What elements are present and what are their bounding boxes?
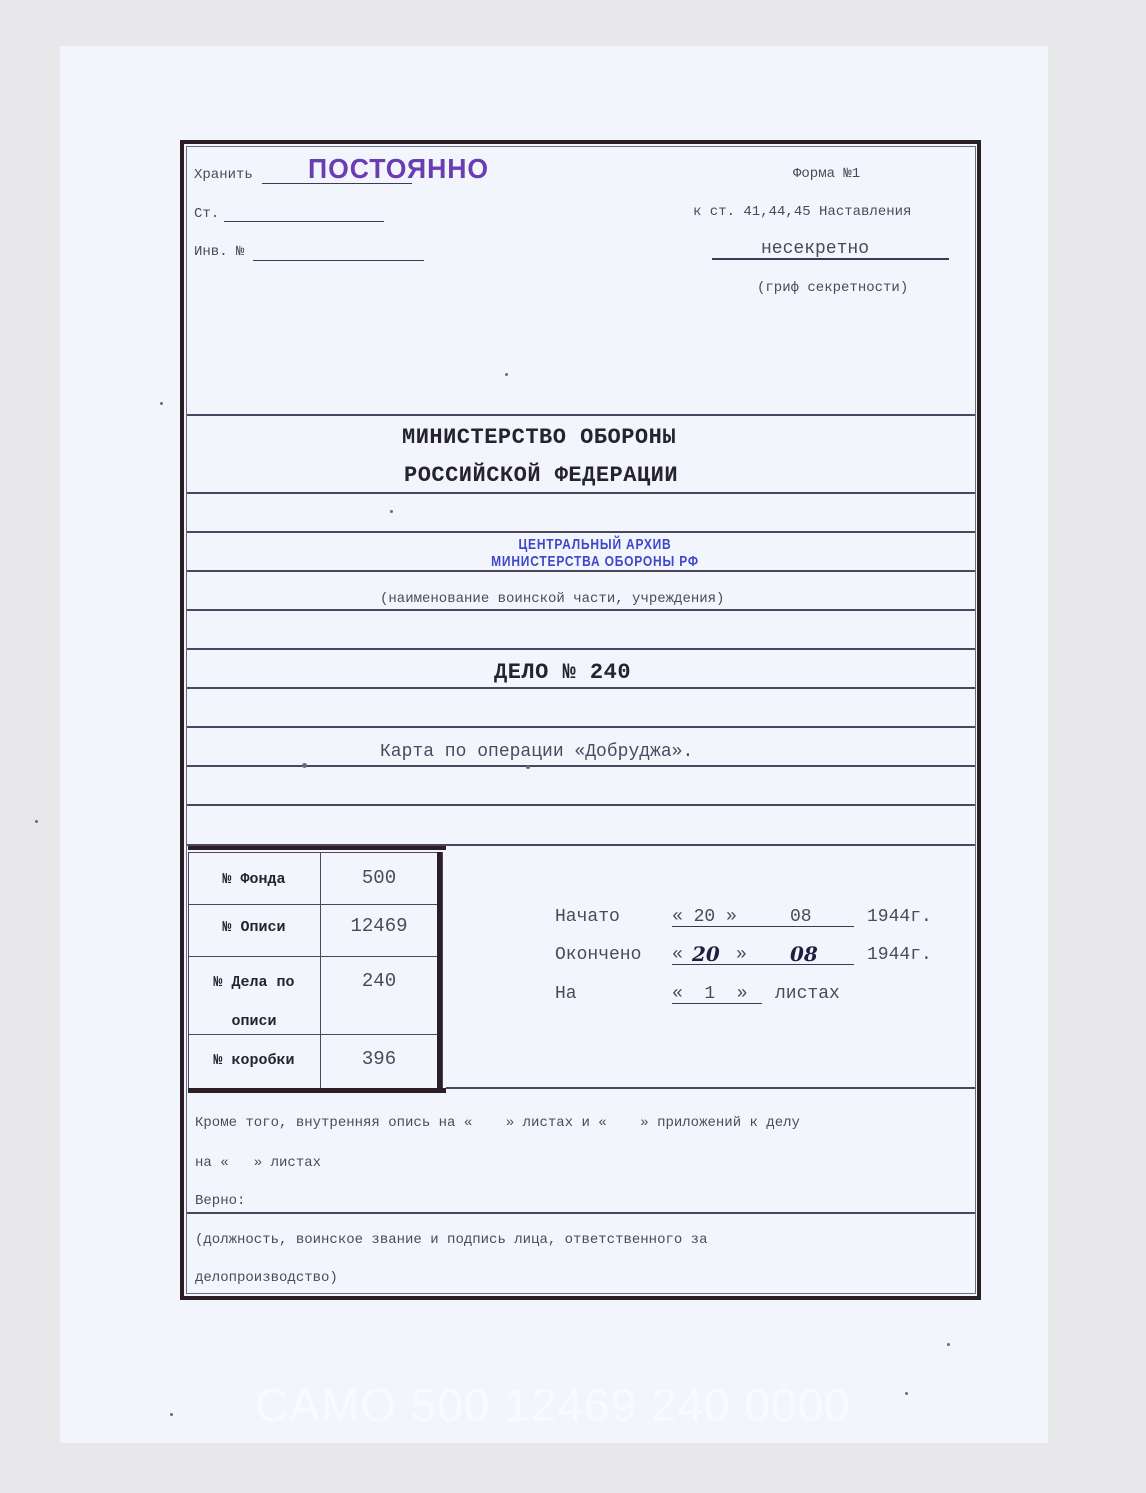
rule-line xyxy=(187,570,975,572)
secrecy-underline xyxy=(712,258,949,260)
table-row-divider xyxy=(189,956,442,957)
st-label: Ст. xyxy=(194,206,219,222)
started-underline xyxy=(672,926,854,927)
sheets-value: « 1 » xyxy=(672,984,748,1004)
case-number-value: 240 xyxy=(320,970,438,992)
ministry-line-1: МИНИСТЕРСТВО ОБОРОНЫ xyxy=(402,425,676,450)
ended-day-handwritten: 20 xyxy=(692,942,720,966)
archive-stamp-line-2: МИНИСТЕРСТВА ОБОРОНЫ РФ xyxy=(471,553,719,570)
box-label: № коробки xyxy=(189,1052,319,1069)
rule-line xyxy=(187,414,975,416)
scan-speck xyxy=(947,1343,950,1346)
archive-watermark: CAMO 500 12469 240 0000 xyxy=(255,1378,851,1432)
rule-line xyxy=(187,687,975,689)
form-number: Форма №1 xyxy=(793,166,860,182)
scan-speck xyxy=(170,1413,173,1416)
case-description: Карта по операции «Добруджа». xyxy=(380,742,693,762)
rule-line xyxy=(187,726,975,728)
keep-stamp: ПОСТОЯННО xyxy=(308,153,489,185)
scan-speck xyxy=(505,373,508,376)
archive-stamp: ЦЕНТРАЛЬНЫЙ АРХИВ МИНИСТЕРСТВА ОБОРОНЫ Р… xyxy=(471,536,719,570)
inv-underline xyxy=(253,260,424,261)
scan-speck xyxy=(390,510,393,513)
scan-speck xyxy=(526,765,530,769)
rule-line xyxy=(446,1087,975,1089)
table-right-border xyxy=(437,852,442,1092)
secrecy-value: несекретно xyxy=(761,239,869,259)
internal-inventory-text: Кроме того, внутренняя опись на « » лист… xyxy=(195,1115,800,1131)
ministry-line-2: РОССИЙСКОЙ ФЕДЕРАЦИИ xyxy=(404,463,678,488)
internal-inventory-text-2: на « » листах xyxy=(195,1155,321,1171)
box-value: 396 xyxy=(320,1048,438,1070)
ended-open-quote: « xyxy=(672,945,683,965)
keep-label: Хранить xyxy=(194,167,253,183)
ended-year: 1944г. xyxy=(867,945,932,965)
sheets-label: На xyxy=(555,984,577,1004)
scan-speck xyxy=(35,820,38,823)
signature-caption: (должность, воинское звание и подпись ли… xyxy=(195,1232,707,1248)
inv-label: Инв. № xyxy=(194,244,244,260)
sheets-suffix: листах xyxy=(775,984,840,1004)
table-bottom-border xyxy=(188,1088,446,1093)
case-number-label: № Дела по xyxy=(189,974,319,991)
table-row-divider xyxy=(189,904,442,905)
registry-table: № Фонда 500 № Описи 12469 № Дела по опис… xyxy=(188,852,443,1092)
table-top-border xyxy=(188,846,446,850)
opis-label: № Описи xyxy=(189,919,319,936)
fond-label: № Фонда xyxy=(189,871,319,888)
rule-line xyxy=(187,531,975,533)
st-underline xyxy=(224,221,384,222)
table-row-divider xyxy=(189,1034,442,1035)
case-title: ДЕЛО № 240 xyxy=(494,660,631,685)
case-number-label-2: описи xyxy=(189,1013,319,1030)
started-day: « 20 » xyxy=(672,907,737,927)
verified-label: Верно: xyxy=(195,1193,245,1209)
started-year: 1944г. xyxy=(867,907,932,927)
rule-line xyxy=(187,609,975,611)
rule-line xyxy=(187,492,975,494)
secrecy-caption: (гриф секретности) xyxy=(757,280,908,296)
rule-line xyxy=(187,804,975,806)
scan-speck xyxy=(905,1392,908,1395)
fond-value: 500 xyxy=(320,867,438,889)
ended-close-quote: » xyxy=(736,945,747,965)
started-month: 08 xyxy=(790,907,812,927)
ended-month-handwritten: 08 xyxy=(790,942,818,966)
sheets-underline xyxy=(672,1003,762,1004)
unit-caption: (наименование воинской части, учреждения… xyxy=(380,591,724,607)
ended-label: Окончено xyxy=(555,945,641,965)
archive-stamp-line-1: ЦЕНТРАЛЬНЫЙ АРХИВ xyxy=(471,536,719,553)
scan-speck xyxy=(302,763,307,768)
scan-speck xyxy=(160,402,163,405)
started-label: Начато xyxy=(555,907,620,927)
ended-underline xyxy=(672,964,854,965)
opis-value: 12469 xyxy=(320,915,438,937)
rule-line xyxy=(187,1212,975,1214)
signature-caption-2: делопроизводство) xyxy=(195,1270,338,1286)
rule-line xyxy=(187,648,975,650)
form-reference: к ст. 41,44,45 Наставления xyxy=(693,204,911,220)
